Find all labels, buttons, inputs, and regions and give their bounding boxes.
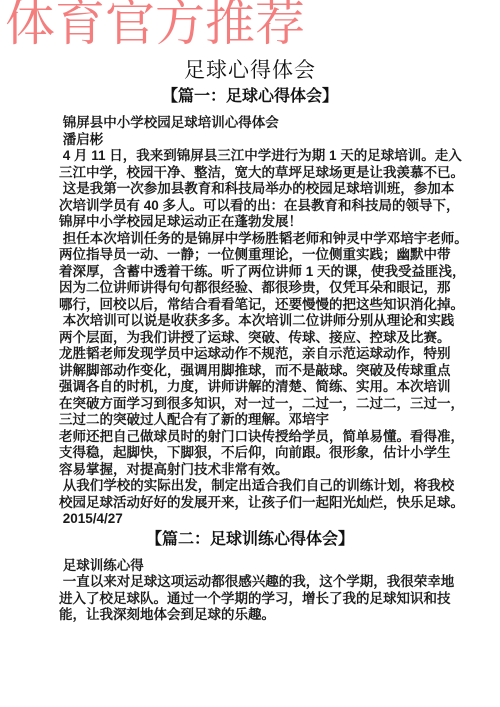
section-1-heading: 【篇一：足球心得体会】	[0, 87, 500, 107]
section-2-lines: 足球训练心得 一直以来对足球这项运动都很感兴趣的我，这个学期，我很荣幸地进入了校…	[0, 558, 500, 624]
text-line: 锦屏县中小学校园足球培训心得体会	[59, 115, 480, 132]
text-line: 龙胜韬老师发现学员中运球动作不规范，亲自示范运球动作，特别	[59, 346, 480, 363]
section-1: 【篇一：足球心得体会】 锦屏县中小学校园足球培训心得体会 潘启彬 4 月 11 …	[0, 87, 500, 528]
text-line: 讲解脚部动作变化，强调用脚推球，而不是敲球。突破及传球重点	[59, 363, 480, 380]
section-2: 【篇二：足球训练心得体会】 足球训练心得 一直以来对足球这项运动都很感兴趣的我，…	[0, 530, 500, 624]
text-line: 哪行，回校以后，常结合看看笔记，还要慢慢的把这些知识消化掉。	[59, 297, 480, 314]
text-line: 担任本次培训任务的是锦屏中学杨胜韬老师和钟灵中学邓培宇老师。	[59, 231, 480, 248]
text-line: 三过二的突破过人配合有了新的理解。邓培宇	[59, 412, 480, 429]
text-line: 锦屏中小学校园足球运动正在蓬勃发展！	[59, 214, 480, 231]
text-line: 4 月 11 日，我来到锦屏县三江中学进行为期 1 天的足球培训。走入	[59, 148, 480, 165]
text-line: 老师还把自己做球员时的射门口诀传授给学员，简单易懂。看得准，	[59, 429, 480, 446]
text-line: 一直以来对足球这项运动都很感兴趣的我，这个学期，我很荣幸地	[59, 574, 480, 591]
text-line: 这是我第一次参加县教育和科技局举办的校园足球培训班，参加本	[59, 181, 480, 198]
text-line: 两位指导员一动、一静；一位侧重理论，一位侧重实践；幽默中带	[59, 247, 480, 264]
document-title: 足球心得体会	[0, 58, 500, 83]
text-line: 三江中学，校园干净、整洁，宽大的草坪足球场更是让我羡慕不已。	[59, 165, 480, 182]
text-line: 支得稳，起脚快，下脚狠，不后仰，向前跟。很形象，估计小学生	[59, 445, 480, 462]
text-line: 足球训练心得	[59, 558, 480, 575]
text-line: 两个层面，为我们讲授了运球、突破、传球、接应、控球及比赛。	[59, 330, 480, 347]
text-line: 因为二位讲师讲得句句都很经验、都很珍贵，仅凭耳朵和眼记，那	[59, 280, 480, 297]
document-body: 足球心得体会 【篇一：足球心得体会】 锦屏县中小学校园足球培训心得体会 潘启彬 …	[0, 0, 500, 624]
text-line: 进入了校足球队。通过一个学期的学习，增长了我的足球知识和技	[59, 591, 480, 608]
text-line: 着深厚，含蓄中透着干练。听了两位讲师 1 天的课，使我受益匪浅，	[59, 264, 480, 281]
text-line: 校园足球活动好好的发展开来，让孩子们一起阳光灿烂，快乐足球。	[59, 495, 480, 512]
section-1-lines: 锦屏县中小学校园足球培训心得体会 潘启彬 4 月 11 日，我来到锦屏县三江中学…	[0, 115, 500, 528]
text-line: 本次培训可以说是收获多多。本次培训二位讲师分别从理论和实践	[59, 313, 480, 330]
text-line: 容易掌握，对提高射门技术非常有效。	[59, 462, 480, 479]
text-line: 2015/4/27	[59, 511, 480, 528]
text-line: 在突破方面学习到很多知识，对一过一，二过一，二过二，三过一，	[59, 396, 480, 413]
text-line: 潘启彬	[59, 132, 480, 149]
watermark-text: 体育官方推荐	[5, 0, 305, 50]
text-line: 能，让我深刻地体会到足球的乐趣。	[59, 607, 480, 624]
section-2-heading: 【篇二：足球训练心得体会】	[0, 530, 500, 550]
text-line: 次培训学员有 40 多人。可以看的出：在县教育和科技局的领导下，	[59, 198, 480, 215]
text-line: 强调各自的时机，力度，讲师讲解的清楚、简练、实用。本次培训	[59, 379, 480, 396]
text-line: 从我们学校的实际出发，制定出适合我们自己的训练计划，将我校	[59, 478, 480, 495]
document-page: 体育官方推荐 足球心得体会 【篇一：足球心得体会】 锦屏县中小学校园足球培训心得…	[0, 0, 500, 707]
